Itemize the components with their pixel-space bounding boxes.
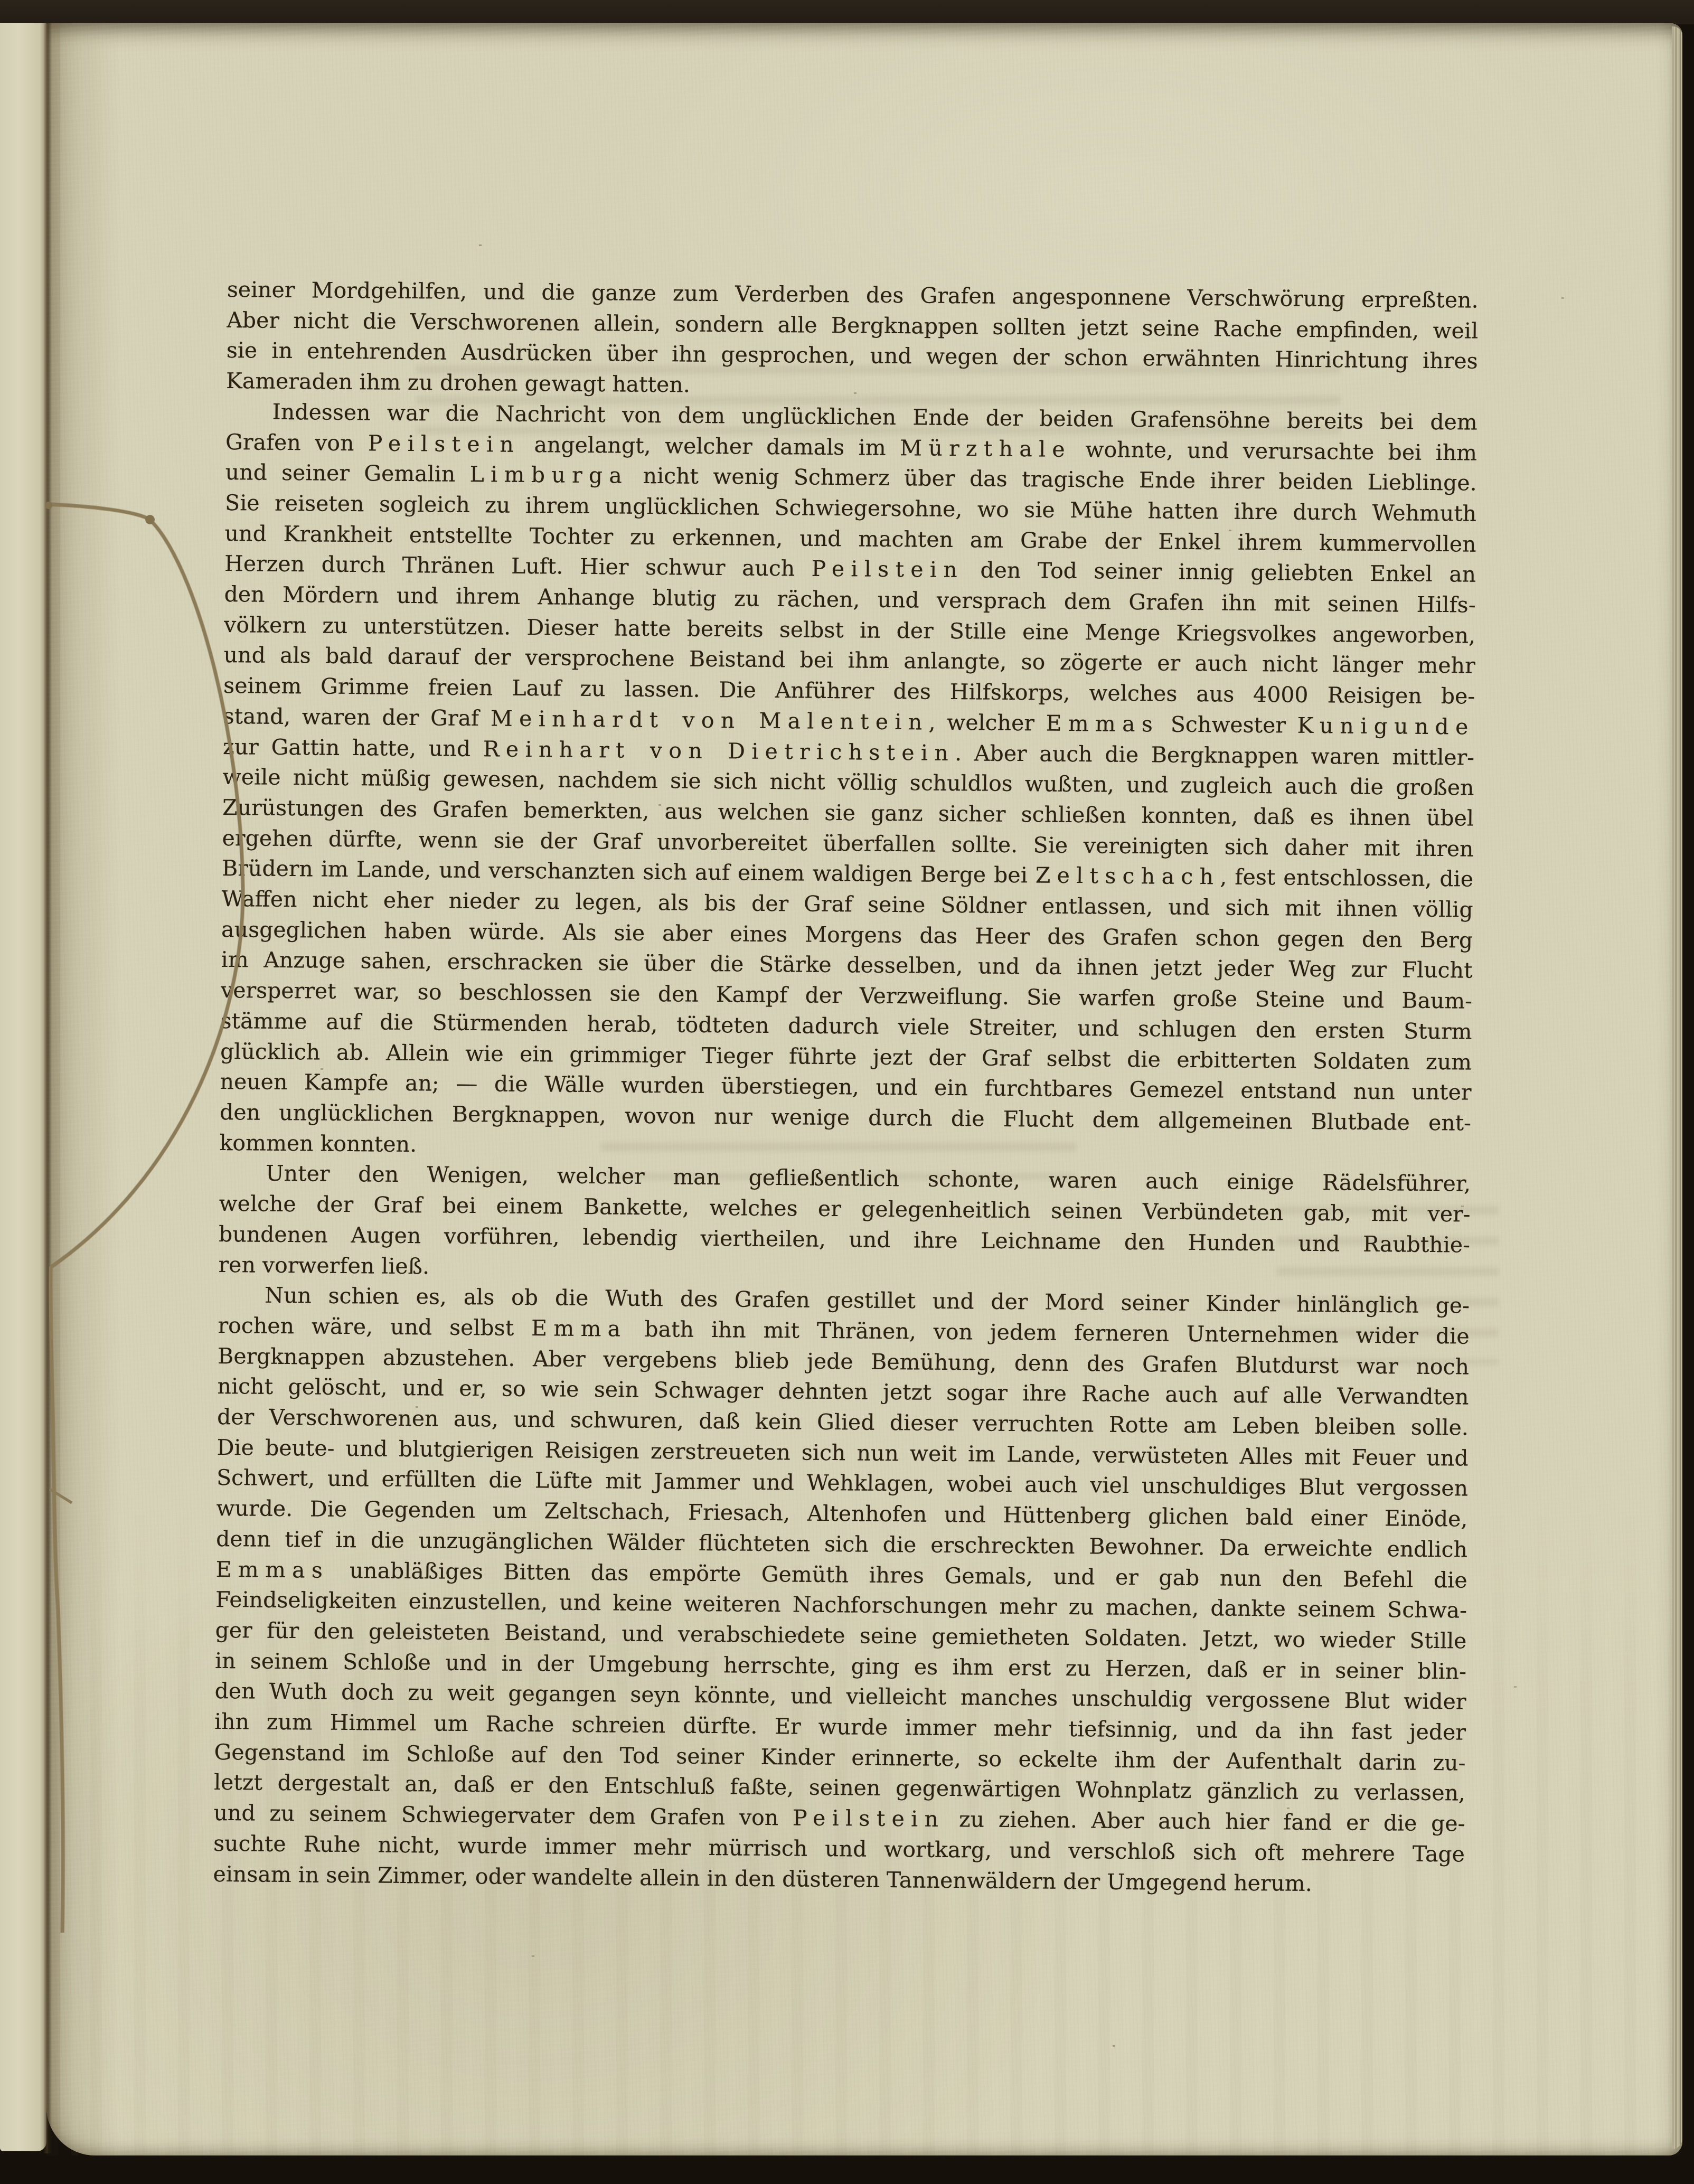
paragraph: seiner Mordgehilfen, und die ganze zum V… [226, 275, 1479, 407]
paragraph: Indessen war die Nachricht von dem unglü… [219, 397, 1477, 1169]
letterspaced-name: Reinhart von Dietrichstein [483, 736, 955, 766]
facing-page-edge [0, 23, 46, 2151]
letterspaced-name: Emmas [1046, 710, 1159, 737]
paragraph: Nun schien es, als ob die Wuth des Grafe… [213, 1280, 1470, 1900]
page: seiner Mordgehilfen, und die ganze zum V… [46, 23, 1682, 2155]
paragraph: Unter den Wenigen, welcher man gefließen… [218, 1158, 1471, 1291]
book-scan: seiner Mordgehilfen, und die ganze zum V… [0, 0, 1694, 2184]
book-top-edge [0, 0, 1694, 24]
letterspaced-name: Mürzthale [900, 435, 1071, 462]
letterspaced-name: Kunigunde [1297, 713, 1474, 740]
paper-fibers [46, 23, 48, 24]
letterspaced-name: Peilstein [812, 556, 964, 583]
page-text: seiner Mordgehilfen, und die ganze zum V… [213, 275, 1479, 1900]
page-stack-edge [1672, 26, 1682, 2149]
letterspaced-name: Peilstein [368, 430, 521, 457]
letterspaced-name: Zeltschach [1036, 863, 1220, 890]
letterspaced-name: Emmas [215, 1556, 329, 1583]
letterspaced-name: Peilstein [793, 1805, 945, 1832]
letterspaced-name: Meinhardt von Malentein [491, 705, 929, 735]
letterspaced-name: Limburga [469, 462, 628, 488]
letterspaced-name: Emma [531, 1315, 627, 1342]
